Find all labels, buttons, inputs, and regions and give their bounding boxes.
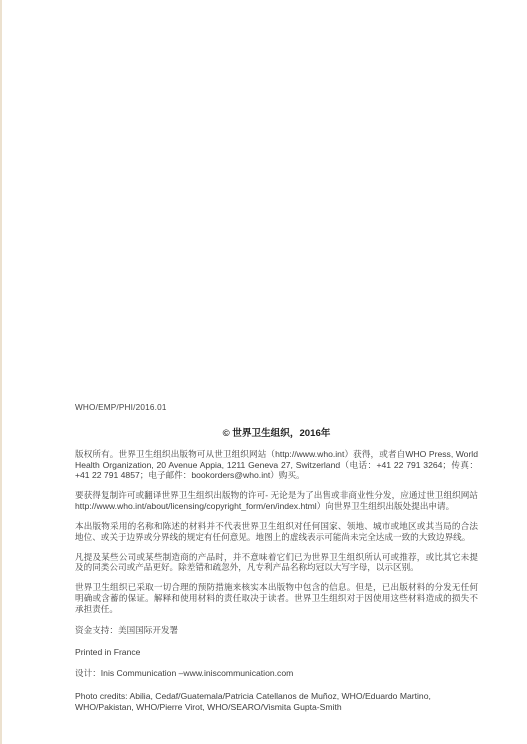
paragraph-availability: 版权所有。世界卫生组织出版物可从世卫组织网站（http://www.who.in… <box>75 449 478 481</box>
page-edge-line <box>0 0 2 744</box>
copyright-heading: © 世界卫生组织，2016年 <box>75 428 478 439</box>
paragraph-products: 凡提及某些公司或某些制造商的产品时，并不意味着它们已为世界卫生组织所认可或推荐，… <box>75 552 478 573</box>
funding-credit: 资金支持：美国国际开发署 <box>75 625 478 636</box>
copyright-content-block: WHO/EMP/PHI/2016.01 © 世界卫生组织，2016年 版权所有。… <box>75 403 478 712</box>
copyright-page: WHO/EMP/PHI/2016.01 © 世界卫生组织，2016年 版权所有。… <box>0 0 527 744</box>
paragraph-disclaimer: 世界卫生组织已采取一切合理的预防措施来核实本出版物中包含的信息。但是，已出版材料… <box>75 582 478 614</box>
paragraph-designations: 本出版物采用的名称和陈述的材料并不代表世界卫生组织对任何国家、领地、城市或地区或… <box>75 521 478 542</box>
printed-in-line: Printed in France <box>75 647 478 658</box>
paragraph-permissions: 要获得复制许可或翻译世界卫生组织出版物的许可- 无论是为了出售或非商业性分发，应… <box>75 490 478 511</box>
document-reference-number: WHO/EMP/PHI/2016.01 <box>75 403 478 413</box>
photo-credits: Photo credits: Abilia, Cedaf/Guatemala/P… <box>75 691 478 712</box>
design-credit: 设计：Inis Communication –www.iniscommunica… <box>75 668 478 679</box>
